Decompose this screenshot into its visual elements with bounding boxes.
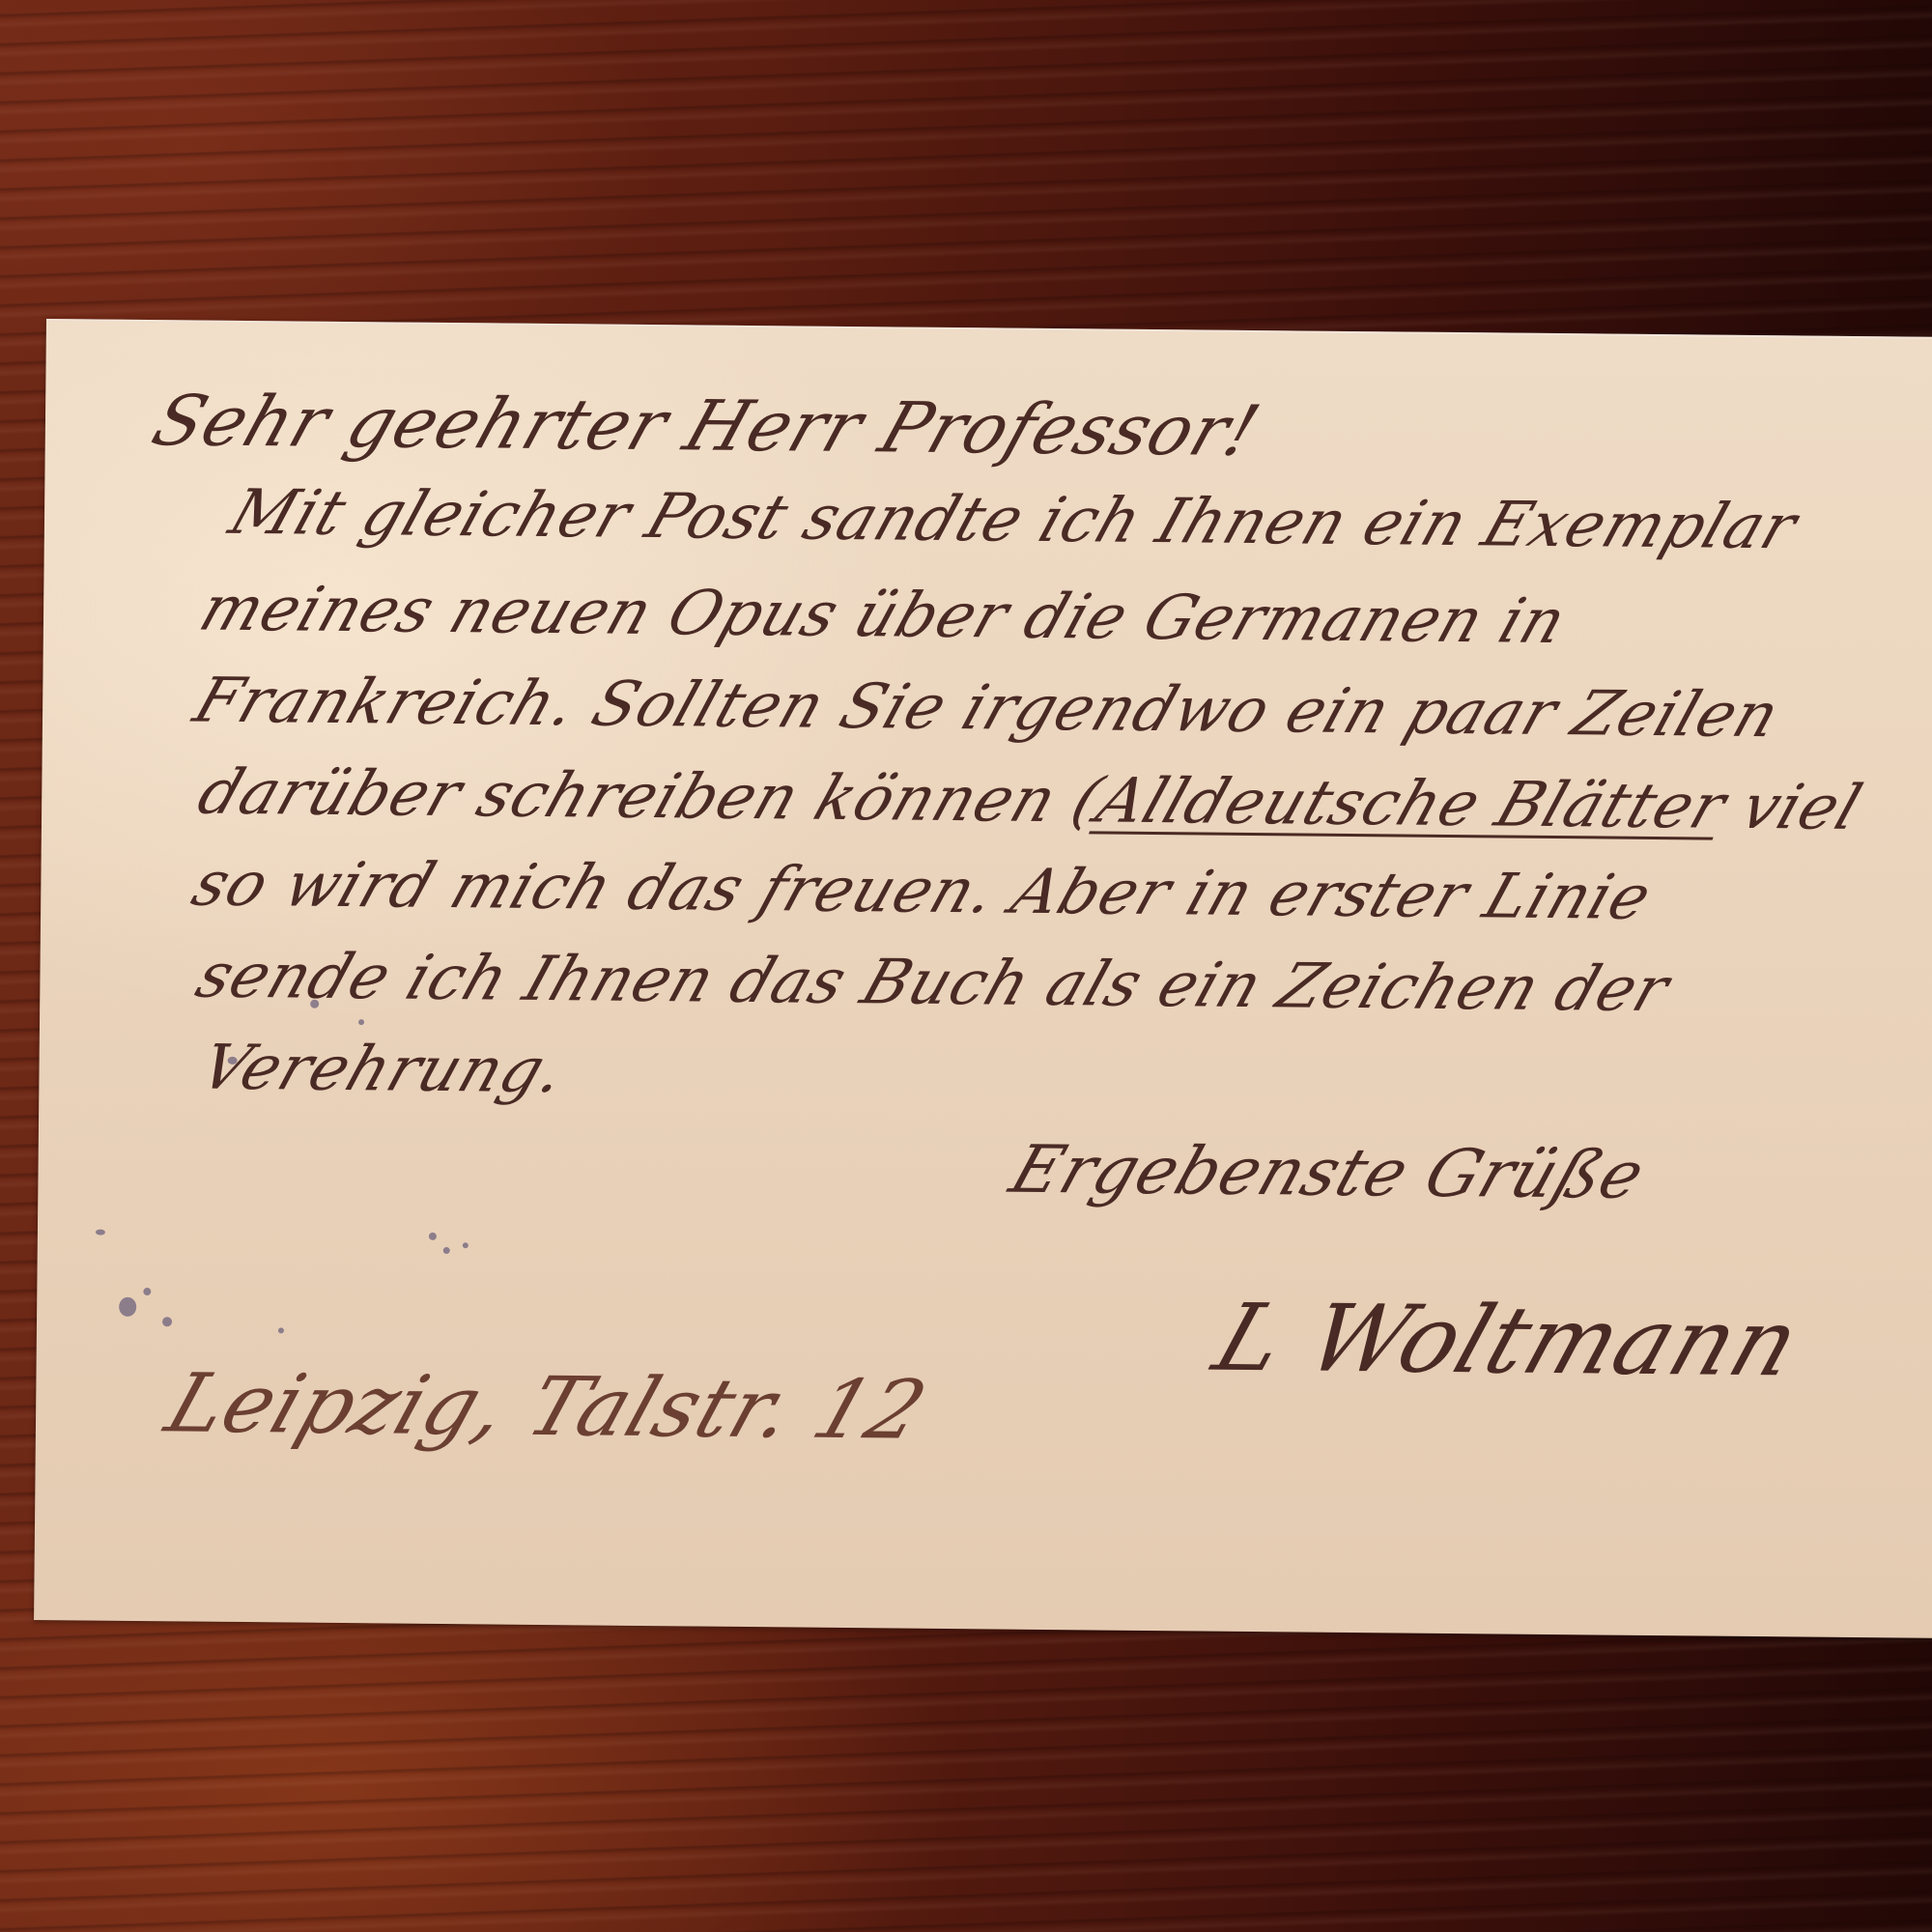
sender-address: Leipzig, Talstr. 12 — [156, 1355, 939, 1457]
body-line-4: darüber schreiben können (Alldeutsche Bl… — [189, 757, 1871, 844]
body-line-4-tail: viel — [1712, 772, 1871, 844]
signature: L Woltmann — [1202, 1284, 1813, 1397]
underlined-publication: Alldeutsche Blätter — [1088, 766, 1735, 843]
stamp-ink-specks — [46, 321, 1932, 339]
body-line-2: meines neuen Opus über die Germanen in — [191, 574, 1576, 658]
closing: Ergebenste Grüße — [1001, 1132, 1654, 1214]
body-line-5: so wird mich das freuen. Aber in erster … — [184, 849, 1661, 934]
postcard: Sehr geehrter Herr Professor! Mit gleich… — [34, 319, 1932, 1638]
body-line-7: Verehrung. — [191, 1033, 575, 1107]
body-line-3: Frankreich. Sollten Sie irgendwo ein paa… — [185, 666, 1789, 752]
body-line-4-text: darüber schreiben können ( — [189, 757, 1112, 838]
body-line-6: sende ich Ihnen das Buch als ein Zeichen… — [187, 941, 1678, 1026]
salutation: Sehr geehrter Herr Professor! — [143, 380, 1270, 471]
body-line-1: Mit gleicher Post sandte ich Ihnen ein E… — [221, 477, 1806, 563]
